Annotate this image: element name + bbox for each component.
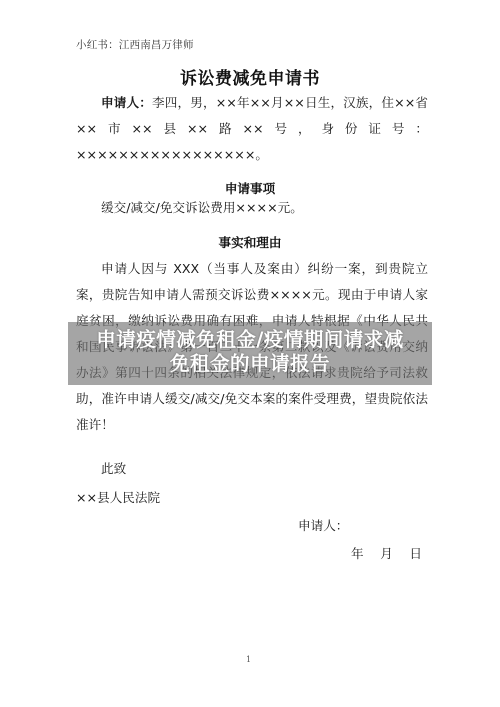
closing-text: 此致	[101, 458, 126, 477]
applicant-label: 申请人：	[101, 95, 152, 110]
recipient-text: ××县人民法院	[76, 487, 160, 506]
document-title: 诉讼费减免申请书	[0, 64, 500, 89]
overlay-banner-line-2: 免租金的申请报告	[0, 352, 500, 376]
request-paragraph: 缓交/减交/免交诉讼费用××××元。	[76, 195, 428, 221]
signature-label: 申请人：	[298, 515, 348, 534]
overlay-banner-title: 申请疫情减免租金/疫情期间请求减 免租金的申请报告	[0, 322, 500, 376]
section-heading-facts: 事实和理由	[0, 232, 500, 251]
date-line: 年 月 日	[351, 543, 424, 562]
header-note: 小红书：江西南昌万律师	[76, 37, 194, 52]
overlay-banner-line-1: 申请疫情减免租金/疫情期间请求减	[0, 328, 500, 352]
page-number: 1	[246, 655, 251, 664]
document-page: 小红书：江西南昌万律师 诉讼费减免申请书 申请人：李四，男，××年××月××日生…	[0, 0, 500, 707]
request-text: 缓交/减交/免交诉讼费用××××元。	[76, 195, 428, 221]
applicant-paragraph: 申请人：李四，男，××年××月××日生，汉族，住××省××市××县××路××号，…	[76, 90, 428, 168]
